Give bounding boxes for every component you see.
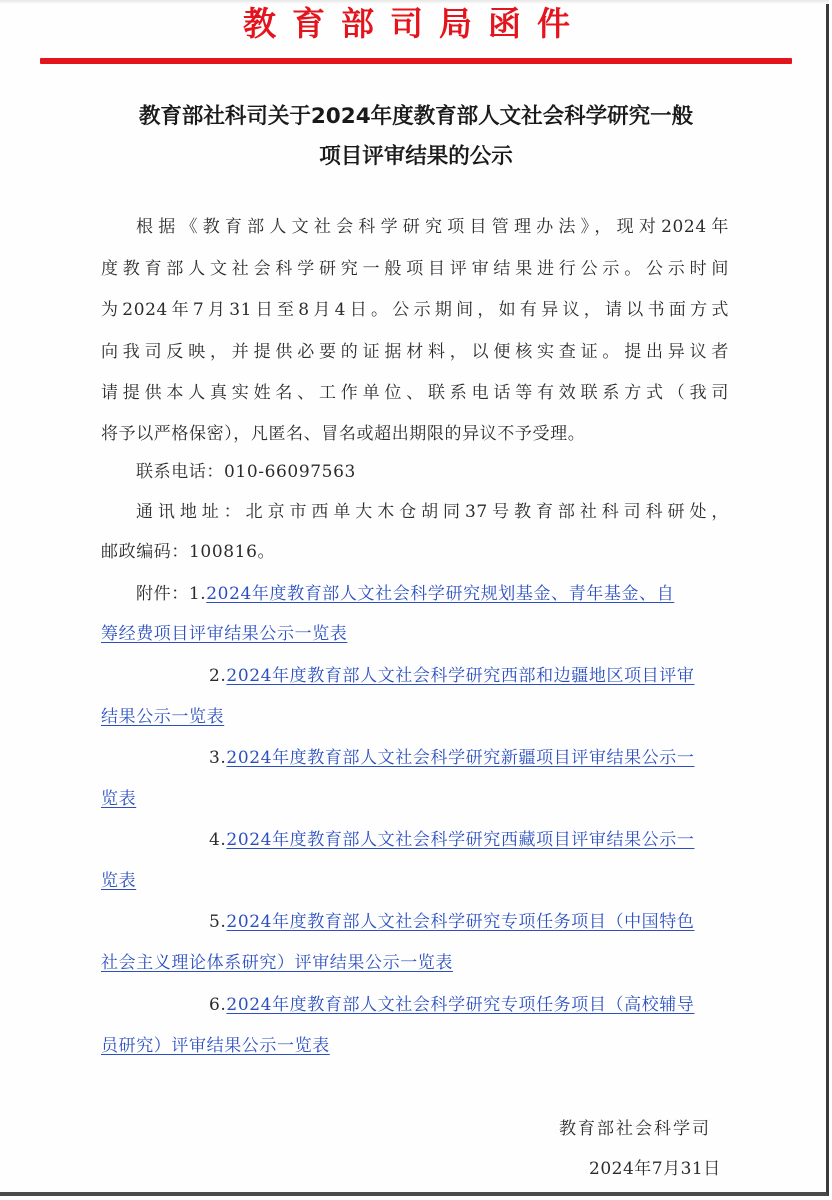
letterhead-red-rule [40, 58, 792, 64]
attachment-link-2-cont[interactable]: 结果公示一览表 [101, 707, 224, 727]
attachment-link-5-cont[interactable]: 社会主义理论体系研究）评审结果公示一览表 [101, 953, 453, 973]
document-title-line-2: 项目评审结果的公示 [60, 143, 772, 171]
attachment-number: 1. [189, 584, 206, 604]
attachment-link-2[interactable]: 2024年度教育部人文社会科学研究西部和边疆地区项目评审 [226, 666, 694, 686]
document-page: 教育部司局函件 教育部社科司关于2024年度教育部人文社会科学研究一般 项目评审… [0, 0, 829, 1196]
attachment-number: 4. [209, 830, 226, 850]
attachment-link-5[interactable]: 2024年度教育部人文社会科学研究专项任务项目（中国特色 [226, 912, 694, 932]
attachment-number: 2. [209, 666, 226, 686]
attachment-number: 6. [209, 995, 226, 1015]
attachment-item-5: 5.2024年度教育部人文社会科学研究专项任务项目（中国特色 [209, 910, 694, 934]
body-line-6: 将予以严格保密），凡匿名、冒名或超出期限的异议不予受理。 [101, 422, 585, 446]
attachment-link-4[interactable]: 2024年度教育部人文社会科学研究西藏项目评审结果公示一 [226, 830, 694, 850]
contact-phone: 联系电话：010-66097563 [136, 460, 356, 484]
attachment-item-2: 2.2024年度教育部人文社会科学研究西部和边疆地区项目评审 [209, 664, 694, 688]
signature-date: 2024年7月31日 [589, 1157, 721, 1181]
document-title-line-1: 教育部社科司关于2024年度教育部人文社会科学研究一般 [60, 103, 772, 131]
attachment-link-6[interactable]: 2024年度教育部人文社会科学研究专项任务项目（高校辅导 [226, 995, 694, 1015]
attachment-number: 5. [209, 912, 226, 932]
attachment-number: 3. [209, 748, 226, 768]
attachment-item-4: 4.2024年度教育部人文社会科学研究西藏项目评审结果公示一 [209, 828, 694, 852]
attachment-link-1-cont[interactable]: 筹经费项目评审结果公示一览表 [101, 624, 347, 644]
attachment-item-6: 6.2024年度教育部人文社会科学研究专项任务项目（高校辅导 [209, 993, 694, 1017]
contact-address: 通讯地址：北京市西单大木仓胡同37号教育部社科司科研处， [136, 500, 729, 524]
body-line-1: 根据《教育部人文社会科学研究项目管理办法》，现对2024年 [136, 215, 729, 239]
attachment-link-1[interactable]: 2024年度教育部人文社会科学研究规划基金、青年基金、自 [206, 584, 674, 604]
body-line-3: 为2024年7月31日至8月4日。公示期间，如有异议，请以书面方式 [101, 298, 729, 322]
attachment-link-3-cont[interactable]: 览表 [101, 789, 136, 809]
postal-code: 邮政编码：100816。 [101, 540, 275, 564]
attachment-link-6-cont[interactable]: 员研究）评审结果公示一览表 [101, 1036, 330, 1056]
body-line-5: 请提供本人真实姓名、工作单位、联系电话等有效联系方式（我司 [101, 381, 729, 405]
attachment-item-3: 3.2024年度教育部人文社会科学研究新疆项目评审结果公示一 [209, 746, 694, 770]
letterhead-title: 教育部司局函件 [0, 2, 829, 46]
attachments-label: 附件： [136, 584, 189, 604]
attachment-item-1: 附件：1.2024年度教育部人文社会科学研究规划基金、青年基金、自 [136, 582, 674, 606]
attachment-link-4-cont[interactable]: 览表 [101, 871, 136, 891]
signature-department: 教育部社会科学司 [559, 1117, 711, 1141]
attachment-link-3[interactable]: 2024年度教育部人文社会科学研究新疆项目评审结果公示一 [226, 748, 694, 768]
body-line-4: 向我司反映，并提供必要的证据材料，以便核实查证。提出异议者 [101, 340, 729, 364]
body-line-2: 度教育部人文社会科学研究一般项目评审结果进行公示。公示时间 [101, 257, 729, 281]
